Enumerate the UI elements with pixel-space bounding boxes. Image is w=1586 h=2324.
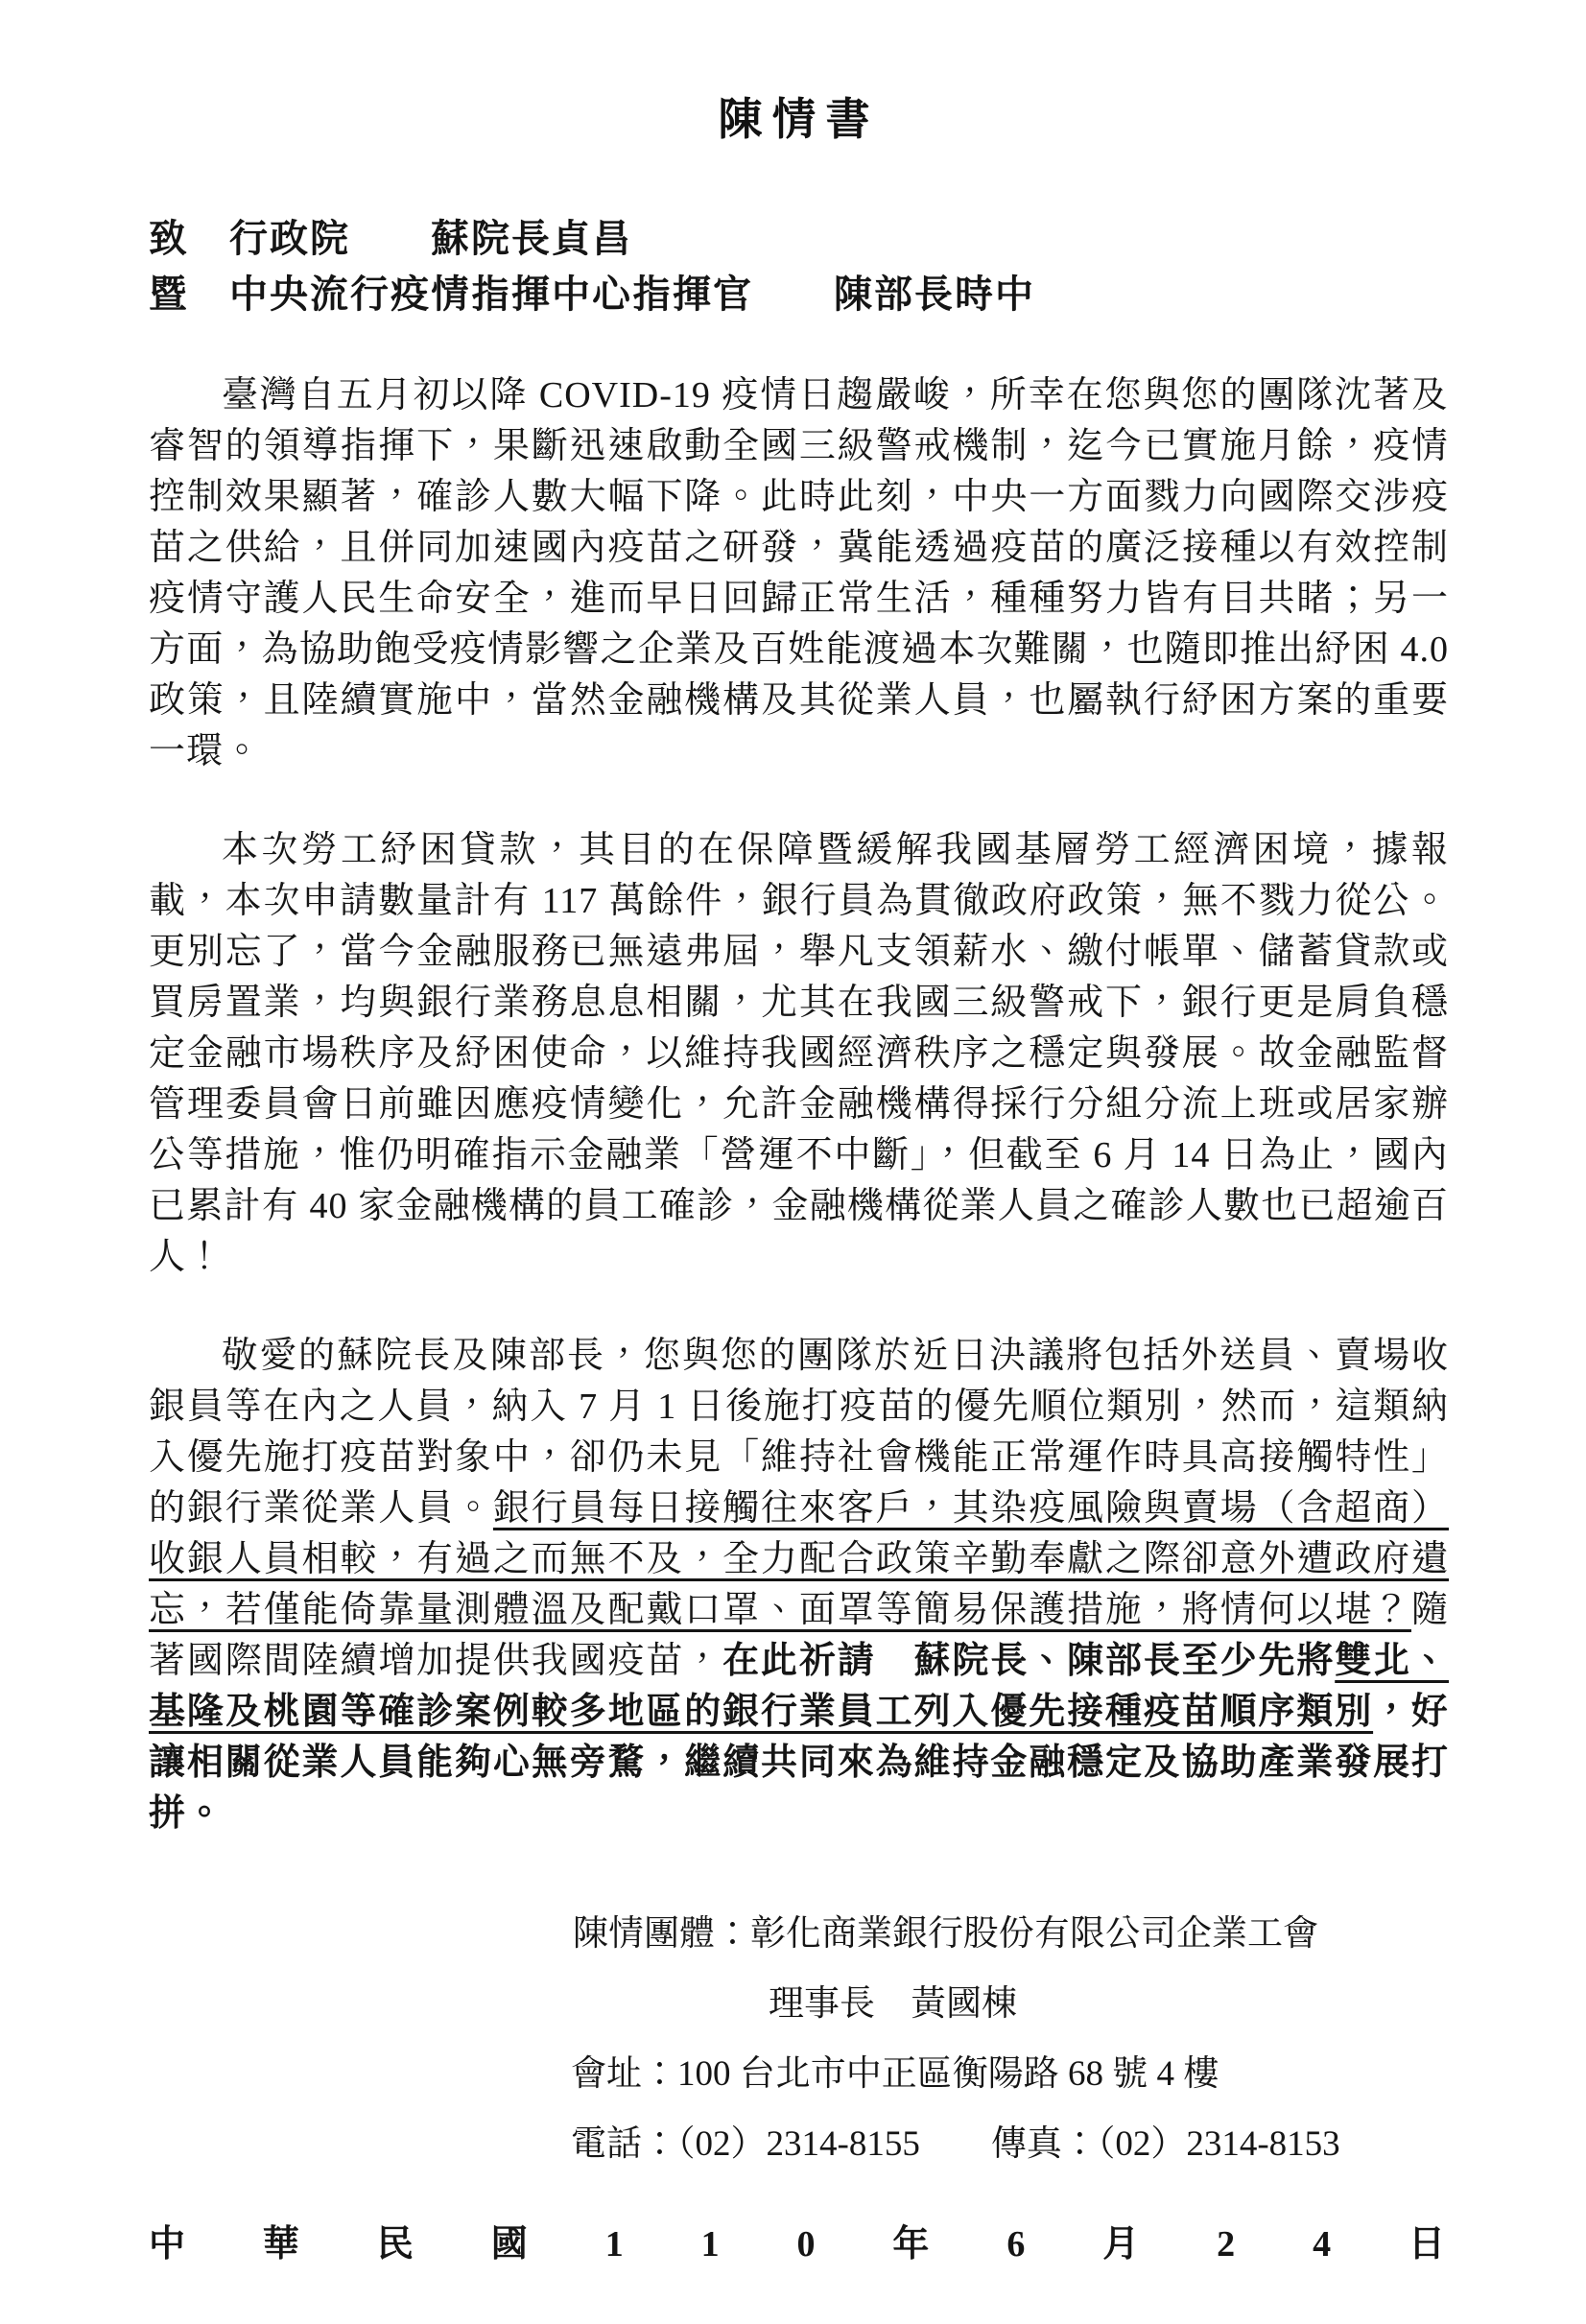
signature-block: 陳情團體：彰化商業銀行股份有限公司企業工會 理事長 黃國棟 會址：100 台北市…: [149, 1899, 1449, 2179]
date-token: 民: [377, 2214, 414, 2266]
recipient-block: 致 行政院 蘇院長貞昌 暨 中央流行疫情指揮中心指揮官 陳部長時中: [149, 211, 1449, 322]
phone-fax-line: 電話：（02）2314-8155 傳真：（02）2314-8153: [571, 2109, 1449, 2179]
date-token: 1: [701, 2223, 720, 2265]
date-token: 華: [263, 2214, 299, 2266]
date-token: 國: [491, 2214, 528, 2266]
date-token: 月: [1102, 2214, 1139, 2266]
recipient-line-commander: 暨 中央流行疫情指揮中心指揮官 陳部長時中: [149, 267, 1449, 322]
address-line: 會址：100 台北市中正區衡陽路 68 號 4 樓: [571, 2039, 1449, 2109]
date-token: 2: [1217, 2223, 1235, 2265]
recipient-line-premier: 致 行政院 蘇院長貞昌: [149, 211, 1449, 267]
date-token: 0: [797, 2223, 816, 2265]
petition-group-line: 陳情團體：彰化商業銀行股份有限公司企業工會: [573, 1899, 1449, 1969]
date-token: 6: [1006, 2223, 1025, 2265]
document-title: 陳情書: [149, 84, 1449, 148]
date-token: 年: [892, 2214, 929, 2266]
paragraph: 臺灣自五月初以降 COVID-19 疫情日趨嚴峻，所幸在您與您的團隊沈著及睿智的…: [149, 370, 1449, 777]
date-token: 中: [149, 2214, 185, 2266]
letter-body: 臺灣自五月初以降 COVID-19 疫情日趨嚴峻，所幸在您與您的團隊沈著及睿智的…: [149, 370, 1449, 1839]
chairman-name-line: 理事長 黃國棟: [769, 1969, 1449, 2039]
date-token: 日: [1408, 2214, 1445, 2266]
body-text: 本次勞工紓困貸款，其目的在保障暨緩解我國基層勞工經濟困境，據報載，本次申請數量計…: [149, 830, 1449, 1277]
petition-letter-page: 陳情書 致 行政院 蘇院長貞昌 暨 中央流行疫情指揮中心指揮官 陳部長時中 臺灣…: [0, 0, 1586, 2324]
body-text: 臺灣自五月初以降 COVID-19 疫情日趨嚴峻，所幸在您與您的團隊沈著及睿智的…: [149, 375, 1449, 771]
date-line: 中華民國110年6月24日: [149, 2214, 1449, 2266]
date-token: 4: [1313, 2223, 1331, 2265]
paragraph: 敬愛的蘇院長及陳部長，您與您的團隊於近日決議將包括外送員、賣場收銀員等在內之人員…: [149, 1331, 1449, 1839]
date-token: 1: [605, 2223, 624, 2265]
emphasized-text: 在此祈請 蘇院長、陳部長至少先將: [722, 1641, 1335, 1681]
paragraph: 本次勞工紓困貸款，其目的在保障暨緩解我國基層勞工經濟困境，據報載，本次申請數量計…: [149, 825, 1449, 1283]
